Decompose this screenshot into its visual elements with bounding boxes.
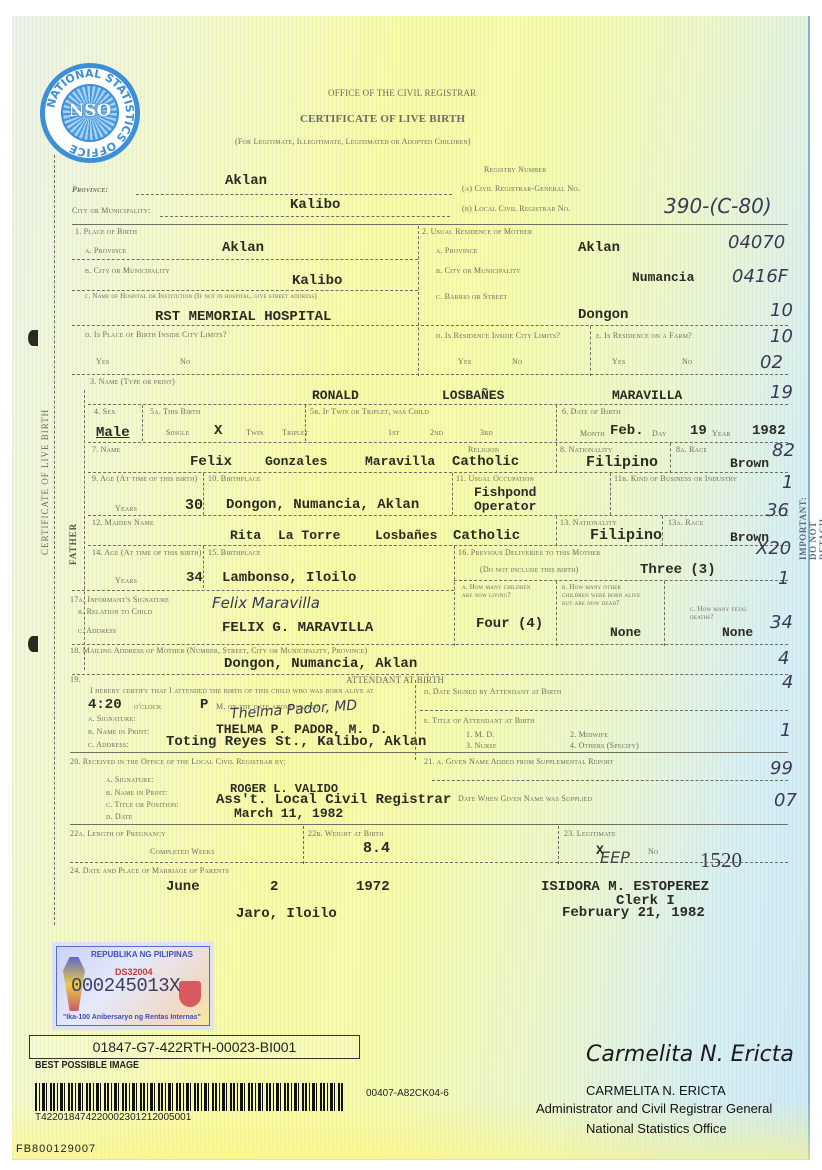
- sex-value: Male: [96, 425, 130, 441]
- attendant-ampm: P: [200, 697, 208, 713]
- barcode-number: T422018474220002301212005001: [35, 1112, 191, 1123]
- given-name-date-label: Date When Given Name was Supplied: [458, 794, 592, 803]
- dob-year: 1982: [752, 423, 786, 439]
- certifier-name: CARMELITA N. ERICTA: [586, 1083, 726, 1098]
- attendant-address-label: c. Address:: [88, 740, 129, 749]
- mother-years-label: Years: [115, 576, 137, 585]
- marriage-day: 2: [270, 879, 278, 895]
- attendant-name-label: b. Name in Print:: [88, 727, 150, 736]
- twin-option: Twin: [246, 428, 264, 437]
- mother-birthplace: Lambonso, Iloilo: [222, 570, 356, 586]
- place-of-birth-label: 1. Place of Birth: [75, 227, 137, 236]
- dob-day-label: Day: [652, 429, 667, 438]
- father-age: 30: [185, 497, 203, 514]
- received-title-label: c. Title or Position:: [106, 800, 179, 809]
- child-first-name: RONALD: [312, 388, 359, 403]
- civil-registrar-general-label: (a) Civil Registrar-General No.: [462, 184, 580, 193]
- birth-type-label: 5a. This Birth: [150, 407, 201, 416]
- margin-code: 0416F: [732, 266, 788, 287]
- father-age-label: 9. Age (At time of this birth): [92, 474, 202, 483]
- margin-code: 07: [774, 790, 797, 811]
- margin-code: 1: [780, 720, 791, 741]
- dead-children-label: b. How many other children were born ali…: [562, 583, 642, 607]
- certifier-title: Administrator and Civil Registrar Genera…: [536, 1101, 772, 1116]
- dob-day: 19: [690, 423, 707, 439]
- res-farm-label: e. Is Residence on a Farm?: [596, 331, 692, 340]
- pob-no-option: No: [180, 357, 191, 366]
- local-registrar-label: (b) Local Civil Registrar No.: [462, 204, 570, 213]
- res-inside-yes: Yes: [458, 357, 471, 366]
- informant-signature-label: 17a. Informant's Signature: [70, 595, 169, 604]
- attendant-title-label: e. Title of Attendant at Birth: [424, 716, 535, 725]
- completed-weeks-label: Completed Weeks: [150, 847, 215, 856]
- dead-children-value: None: [610, 625, 641, 640]
- document-code: 00407-A82CK04-6: [366, 1088, 449, 1099]
- father-nationality-label: 8. Nationality: [560, 445, 613, 454]
- res-city-value: Numancia: [632, 270, 694, 285]
- dob-month: Feb.: [610, 423, 644, 439]
- father-birthplace-label: 10. Birthplace: [208, 474, 261, 483]
- punch-hole-icon: [28, 636, 38, 652]
- header-subtitle: (For Legitimate, Illegitimate, Legitimat…: [235, 137, 471, 146]
- city-value: Kalibo: [290, 197, 340, 213]
- stamp-serial: 000245013X: [71, 975, 180, 997]
- legitimate-no-label: No: [648, 847, 659, 856]
- marriage-label: 24. Date and Place of Marriage of Parent…: [70, 866, 229, 875]
- pob-hospital-label: c. Name of Hospital or Institution (If n…: [85, 292, 317, 300]
- single-option: Single: [166, 428, 190, 437]
- res-inside-no: No: [512, 357, 523, 366]
- margin-code: 1: [778, 568, 789, 589]
- mother-age-label: 14. Age (At time of this birth): [92, 548, 202, 557]
- child-last-name: MARAVILLA: [612, 388, 682, 403]
- reference-number: 01847-G7-422RTH-00023-BI001: [29, 1035, 360, 1059]
- father-occupation-label: 11. Usual Occupation: [456, 474, 534, 483]
- margin-code: 19: [770, 382, 793, 403]
- margin-code: 10: [770, 300, 793, 321]
- stamp-badge-icon: [179, 981, 201, 1007]
- attendant-time: 4:20: [88, 697, 122, 713]
- received-date-label: d. Date: [106, 812, 133, 821]
- title-option-midwife: 2. Midwife: [570, 730, 608, 739]
- attendant-section-label: ATTENDANT AT BIRTH: [346, 675, 444, 685]
- marriage-place: Jaro, Iloilo: [236, 906, 337, 922]
- child-middle-name: LOSBAÑES: [442, 388, 504, 403]
- title-option-md: 1. M. D.: [466, 730, 495, 739]
- mother-race-label: 13a. Race: [668, 518, 703, 527]
- informant-signature: Felix Maravilla: [212, 594, 320, 612]
- informant-relation-label: b. Relation to Child: [78, 607, 152, 616]
- father-section-label: FATHER: [68, 523, 78, 565]
- received-label: 20. Received in the Office of the Local …: [70, 757, 286, 766]
- father-industry-label: 11b. Kind of Business or Industry: [614, 474, 737, 483]
- marriage-month: June: [166, 879, 200, 895]
- pregnancy-length-label: 22a. Length of Pregnancy: [70, 829, 166, 838]
- child-name-label: 3. Name (Type or print): [90, 377, 175, 386]
- margin-code: 10: [770, 326, 793, 347]
- margin-code: 4: [782, 672, 793, 693]
- father-birthplace: Dongon, Numancia, Aklan: [226, 497, 419, 513]
- pob-province-label: a. Province: [85, 246, 127, 255]
- second-option: 2nd: [430, 428, 443, 437]
- father-race: Brown: [730, 456, 769, 471]
- father-name-label: 7. Name: [92, 445, 121, 454]
- nso-seal: NATIONAL STATISTICS OFFICE NSO: [40, 63, 140, 163]
- clerk-signature: EEP: [600, 848, 630, 867]
- attendant-certify-text: I hereby certify that I attended the bir…: [90, 686, 374, 695]
- registry-number-label: Registry Number: [484, 165, 546, 174]
- mother-birthplace-label: 15. Birthplace: [208, 548, 261, 557]
- dob-year-label: Year: [712, 429, 731, 438]
- pob-hospital-value: RST MEMORIAL HOSPITAL: [155, 309, 331, 325]
- informant-address-label: c. Address: [78, 626, 116, 635]
- attendant-date-signed-label: d. Date Signed by Attendant at Birth: [424, 687, 561, 696]
- province-label: Province:: [72, 185, 108, 194]
- title-option-nurse: 3. Nurse: [466, 741, 497, 750]
- mother-name-label: 12. Maiden Name: [92, 518, 154, 527]
- header-office: OFFICE OF THE CIVIL REGISTRAR: [328, 88, 476, 98]
- local-registrar-number: 390-(C-80): [664, 194, 772, 218]
- single-mark: X: [214, 423, 222, 439]
- marriage-year: 1972: [356, 879, 390, 895]
- father-years-label: Years: [115, 504, 137, 513]
- res-barrio-label: c. Barrio or Street: [436, 292, 507, 301]
- res-farm-yes: Yes: [612, 357, 625, 366]
- margin-code: 82: [772, 440, 795, 461]
- form-serial: FB800129007: [16, 1143, 96, 1155]
- attendant-time-suffix: o'clock: [134, 702, 162, 711]
- birth-weight-label: 22b. Weight at Birth: [308, 829, 384, 838]
- father-religion-label: Religion: [468, 445, 499, 454]
- mailing-address-value: Dongon, Numancia, Aklan: [224, 656, 417, 672]
- res-city-label: b. City or Municipality: [436, 266, 521, 275]
- previous-deliveries-note: (Do not include this birth): [480, 565, 578, 574]
- margin-code: 36: [766, 500, 789, 521]
- third-option: 3rd: [480, 428, 493, 437]
- dob-month-label: Month: [580, 429, 605, 438]
- birth-weight-value: 8.4: [363, 840, 390, 857]
- margin-code: 99: [770, 758, 793, 779]
- legitimate-label: 23. Legitimate: [564, 829, 616, 838]
- living-children-label: a. How many children are now living?: [462, 583, 532, 599]
- twin-order-label: 5b. If Twin or Triplet, was Child: [310, 407, 429, 416]
- barcode-icon: [35, 1083, 345, 1111]
- province-value: Aklan: [225, 173, 267, 189]
- stamp-footer: "Ika-100 Anibersaryo ng Rentas Internas": [63, 1014, 201, 1021]
- mailing-address-label: 18. Mailing Address of Mother (Number, S…: [70, 646, 367, 655]
- certifier-office: National Statistics Office: [586, 1121, 727, 1136]
- informant-name: FELIX G. MARAVILLA: [222, 620, 373, 636]
- mother-religion: Catholic: [453, 528, 520, 544]
- father-race-label: 8a. Race: [676, 445, 707, 454]
- received-name-label: b. Name in Print:: [106, 788, 168, 797]
- title-option-other: 4. Others (Specify): [570, 741, 639, 750]
- mother-last-name: Losbañes: [375, 528, 437, 543]
- res-farm-no: No: [682, 357, 693, 366]
- father-first-name: Felix: [190, 454, 232, 470]
- father-occupation: Fishpond Operator: [474, 486, 584, 514]
- side-notice: IMPORTANT: DO NOT DETACH ANY PORTION OF …: [798, 497, 822, 560]
- fetal-deaths-value: None: [722, 625, 753, 640]
- first-option: 1st: [388, 428, 400, 437]
- margin-code: 02: [760, 352, 783, 373]
- certifier-signature: Carmelita N. Ericta: [586, 1042, 794, 1067]
- mother-nationality-label: 13. Nationality: [560, 518, 617, 527]
- previous-deliveries-value: Three (3): [640, 562, 716, 578]
- res-province-label: a. Province: [436, 246, 478, 255]
- received-signature-label: a. Signature:: [106, 775, 154, 784]
- father-nationality: Filipino: [586, 454, 658, 471]
- documentary-stamp: REPUBLIKA NG PILIPINAS DS32004 000245013…: [52, 942, 214, 1030]
- margin-code: 1: [782, 472, 793, 493]
- previous-deliveries-label: 16. Previous Deliveries to this Mother: [458, 548, 601, 557]
- attendant-number: 19.: [70, 675, 81, 684]
- mother-first-name: Rita: [230, 528, 261, 543]
- res-barrio-value: Dongon: [578, 307, 628, 323]
- received-date: March 11, 1982: [234, 806, 343, 821]
- left-margin-label: CERTIFICATE OF LIVE BIRTH: [40, 409, 50, 555]
- header-title: CERTIFICATE OF LIVE BIRTH: [300, 113, 465, 125]
- punch-hole-icon: [28, 330, 38, 346]
- father-middle-name: Gonzales: [265, 454, 327, 469]
- margin-code: X20: [756, 538, 791, 559]
- best-image-label: BEST POSSIBLE IMAGE: [35, 1060, 139, 1071]
- pob-yes-option: Yes: [96, 357, 109, 366]
- res-inside-city-label: d. Is Residence Inside City Limits?: [436, 331, 560, 340]
- stamp-title: REPUBLIKA NG PILIPINAS: [91, 950, 193, 959]
- pob-city-label: b. City or Municipality: [85, 266, 170, 275]
- clerk-date: February 21, 1982: [562, 905, 705, 921]
- attendant-address: Toting Reyes St., Kalibo, Aklan: [166, 734, 426, 750]
- attendant-signature-label: a. Signature:: [88, 714, 136, 723]
- seal-center-text: NSO: [45, 101, 135, 121]
- city-label: City or Municipality:: [72, 206, 151, 215]
- mother-age: 34: [186, 570, 203, 586]
- given-name-added-label: 21. a. Given Name Added from Supplementa…: [424, 757, 613, 766]
- pob-inside-city-label: d. Is Place of Birth Inside City Limits?: [85, 330, 227, 339]
- dob-label: 6. Date of Birth: [562, 407, 621, 416]
- residence-label: 2. Usual Residence of Mother: [422, 227, 532, 236]
- pob-province-value: Aklan: [222, 240, 264, 256]
- margin-code: 4: [778, 648, 789, 669]
- mother-middle-name: La Torre: [278, 528, 340, 543]
- res-province-value: Aklan: [578, 240, 620, 256]
- father-religion: Catholic: [452, 454, 519, 470]
- margin-code: 34: [770, 612, 793, 633]
- father-last-name: Maravilla: [365, 454, 435, 469]
- registry-sequence-number: 1520: [700, 848, 742, 873]
- fetal-deaths-label: c. How many fetal deaths?: [690, 605, 750, 621]
- sex-label: 4. Sex: [94, 407, 116, 416]
- living-children-value: Four (4): [476, 616, 543, 632]
- margin-code: 04070: [728, 232, 785, 253]
- pob-city-value: Kalibo: [292, 273, 342, 289]
- mother-nationality: Filipino: [590, 527, 662, 544]
